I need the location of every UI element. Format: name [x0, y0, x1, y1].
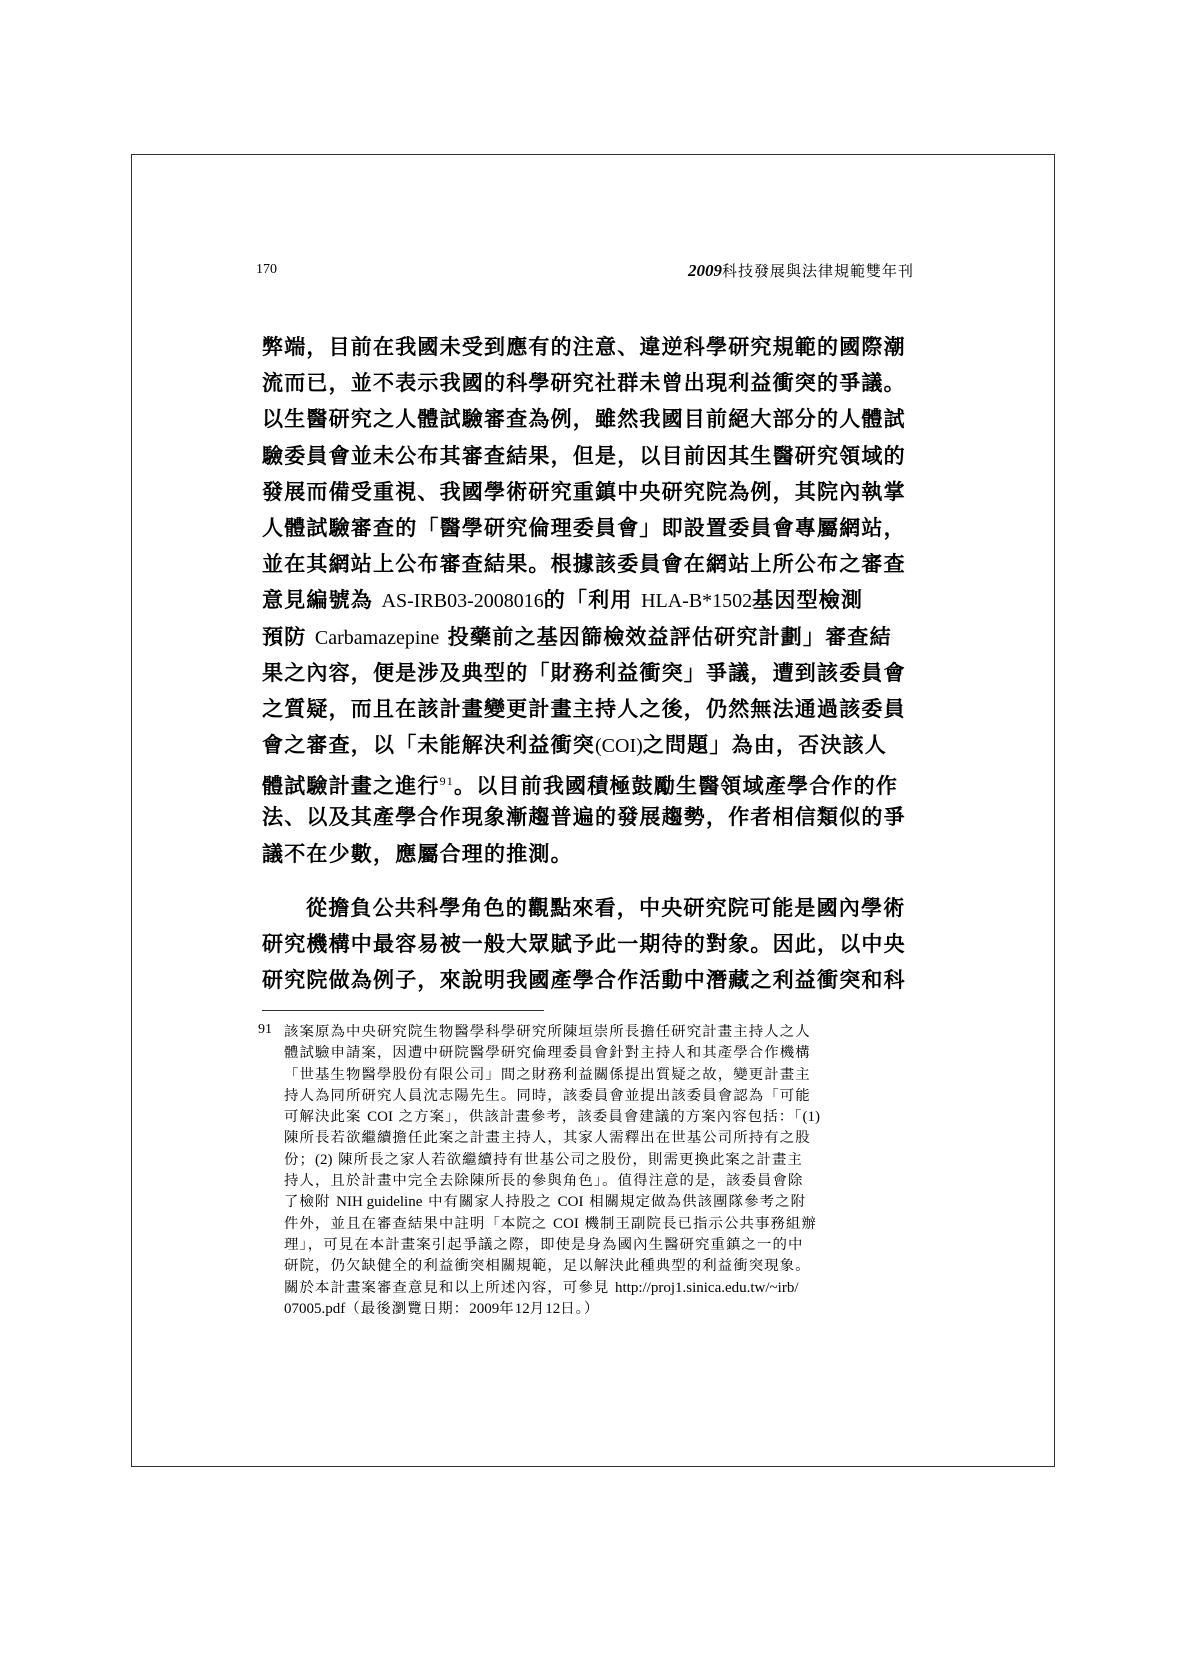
- text-span: (1): [803, 1109, 821, 1125]
- text-span: 12: [515, 1301, 530, 1317]
- text-span: 相關規定做為供該團隊參考之附: [584, 1194, 807, 1210]
- text-span: 日。）: [560, 1301, 599, 1317]
- running-head-year: 2009: [688, 261, 722, 280]
- footnote-line: 件外，並且在審查結果中註明「本院之 COI 機制王副院長已指示公共事務組辦: [284, 1214, 908, 1235]
- body-line: 以生醫研究之人體試驗審查為例，雖然我國目前絕大部分的人體試: [262, 401, 912, 437]
- text-span: 。以目前我國積極鼓勵生醫領域產學合作的作: [454, 774, 898, 798]
- footnote-line: 關於本計畫案審查意見和以上所述內容，可參見 http://proj1.sinic…: [284, 1278, 908, 1299]
- footnote-ref[interactable]: 91: [440, 774, 454, 788]
- footnote-line: 可解決此案 COI 之方案」，供該計畫參考，該委員會建議的方案內容包括：「(1): [284, 1107, 908, 1128]
- body-line: 之質疑，而且在該計畫變更計畫主持人之後，仍然無法通過該委員: [262, 691, 912, 727]
- body-line: 果之內容，便是涉及典型的「財務利益衝突」爭議，遭到該委員會: [262, 655, 912, 691]
- text-span: 了檢附: [284, 1194, 336, 1210]
- text-span: 基因型檢測: [752, 588, 863, 612]
- body-line: 驗委員會並未公布其審查結果，但是，以目前因其生醫研究領域的: [262, 438, 912, 474]
- drug-name: Carbamazepine: [315, 627, 439, 649]
- body-line: 會之審查，以「未能解決利益衝突(COI)之問題」為由，否決該人: [262, 727, 912, 763]
- body-line: 議不在少數，應屬合理的推測。: [262, 836, 912, 872]
- text-span: （最後瀏覽日期：: [345, 1301, 469, 1317]
- footnote-separator: [262, 1010, 544, 1011]
- text-span: 意見編號為: [262, 588, 382, 612]
- body-line: 研究機構中最容易被一般大眾賦予此一期待的對象。因此，以中央: [262, 926, 912, 962]
- text-span: NIH guideline: [336, 1194, 422, 1210]
- footnote-line: 理」，可見在本計畫案引起爭議之際，即使是身為國內生醫研究重鎮之一的中: [284, 1235, 908, 1256]
- footnote: 91 該案原為中央研究院生物醫學科學研究所陳垣崇所長擔任研究計畫主持人之人 體試…: [258, 1022, 908, 1320]
- text-span: 2009: [469, 1301, 499, 1317]
- reference-url-end[interactable]: 07005.pdf: [284, 1301, 345, 1317]
- text-span: 投藥前之基因篩檢效益評估研究計劃」審查結: [439, 625, 892, 649]
- text-span: 會之審查，以「未能解決利益衝突: [262, 733, 595, 757]
- body-line: 法、以及其產學合作現象漸趨普遍的發展趨勢，作者相信類似的爭: [262, 799, 912, 835]
- body-line: 發展而備受重視、我國學術研究重鎮中央研究院為例，其院內執掌: [262, 474, 912, 510]
- text-span: (2): [315, 1152, 333, 1168]
- body-line: 人體試驗審查的「醫學研究倫理委員會」即設置委員會專屬網站，: [262, 510, 912, 546]
- reference-url[interactable]: http://proj1.sinica.edu.tw/~irb/: [615, 1280, 799, 1296]
- footnote-line: 「世基生物醫學股份有限公司」間之財務利益關係提出質疑之故，變更計畫主: [284, 1065, 908, 1086]
- text-span: 月: [530, 1301, 546, 1317]
- body-line: 流而已，並不表示我國的科學研究社群未曾出現利益衝突的爭議。: [262, 365, 912, 401]
- footnote-line: 07005.pdf（最後瀏覽日期：2009年12月12日。）: [284, 1299, 908, 1320]
- footnote-line: 陳所長若欲繼續擔任此案之計畫主持人，其家人需釋出在世基公司所持有之股: [284, 1128, 908, 1149]
- footnote-line: 研院，仍欠缺健全的利益衝突相關規範，足以解決此種典型的利益衝突現象。: [284, 1256, 908, 1277]
- body-line: 意見編號為 AS-IRB03-2008016的「利用 HLA-B*1502基因型…: [262, 582, 912, 618]
- abbrev: (COI): [595, 735, 643, 757]
- text-span: 之問題」為由，否決該人: [643, 733, 887, 757]
- page-number: 170: [256, 262, 277, 278]
- text-span: COI: [553, 1216, 579, 1232]
- text-span: 中有關家人持股之: [422, 1194, 557, 1210]
- text-span: 機制王副院長已指示公共事務組辦: [579, 1216, 817, 1232]
- text-span: 陳所長之家人若欲繼續持有世基公司之股份，則需更換此案之計畫主: [332, 1152, 802, 1168]
- footnote-line: 持人為同所研究人員沈志陽先生。同時，該委員會並提出該委員會認為「可能: [284, 1086, 908, 1107]
- body-text: 弊端，目前在我國未受到應有的注意、違逆科學研究規範的國際潮 流而已，並不表示我國…: [262, 329, 912, 998]
- body-line: 預防 Carbamazepine 投藥前之基因篩檢效益評估研究計劃」審查結: [262, 619, 912, 655]
- text-span: 12: [545, 1301, 560, 1317]
- body-line: 研究院做為例子，來說明我國產學合作活動中潛藏之利益衝突和科: [262, 962, 912, 998]
- text-span: COI: [558, 1194, 584, 1210]
- gene-name: HLA-B*1502: [641, 590, 752, 612]
- running-head: 2009科技發展與法律規範雙年刊: [688, 260, 914, 281]
- footnote-line: 了檢附 NIH guideline 中有關家人持股之 COI 相關規定做為供該團…: [284, 1192, 908, 1213]
- text-span: 年: [499, 1301, 515, 1317]
- text-span: 可解決此案: [284, 1109, 367, 1125]
- text-span: 份；: [284, 1152, 315, 1168]
- running-head-title: 科技發展與法律規範雙年刊: [722, 262, 914, 280]
- body-line: 體試驗計畫之進行91。以目前我國積極鼓勵生醫領域產學合作的作: [262, 763, 912, 799]
- footnote-line: 該案原為中央研究院生物醫學科學研究所陳垣崇所長擔任研究計畫主持人之人: [284, 1022, 908, 1043]
- footnote-line: 持人，且於計畫中完全去除陳所長的參與角色」。值得注意的是，該委員會除: [284, 1171, 908, 1192]
- text-span: 關於本計畫案審查意見和以上所述內容，可參見: [284, 1280, 615, 1296]
- paragraph-gap: [262, 872, 912, 890]
- body-line: 並在其網站上公布審查結果。根據該委員會在網站上所公布之審查: [262, 546, 912, 582]
- text-span: 的「利用: [544, 588, 641, 612]
- text-span: 之方案」，供該計畫參考，該委員會建議的方案內容包括：「: [393, 1109, 803, 1125]
- body-line: 弊端，目前在我國未受到應有的注意、違逆科學研究規範的國際潮: [262, 329, 912, 365]
- footnote-number: 91: [258, 1022, 272, 1038]
- footnote-line: 份；(2) 陳所長之家人若欲繼續持有世基公司之股份，則需更換此案之計畫主: [284, 1150, 908, 1171]
- text-span: COI: [367, 1109, 393, 1125]
- text-span: 體試驗計畫之進行: [262, 774, 440, 798]
- body-line: 從擔負公共科學角色的觀點來看，中央研究院可能是國內學術: [262, 890, 912, 926]
- text-span: 件外，並且在審查結果中註明「本院之: [284, 1216, 553, 1232]
- protocol-id: AS-IRB03-2008016: [382, 590, 544, 612]
- text-span: 預防: [262, 625, 315, 649]
- footnote-line: 體試驗申請案，因遭中研院醫學研究倫理委員會針對主持人和其產學合作機構: [284, 1043, 908, 1064]
